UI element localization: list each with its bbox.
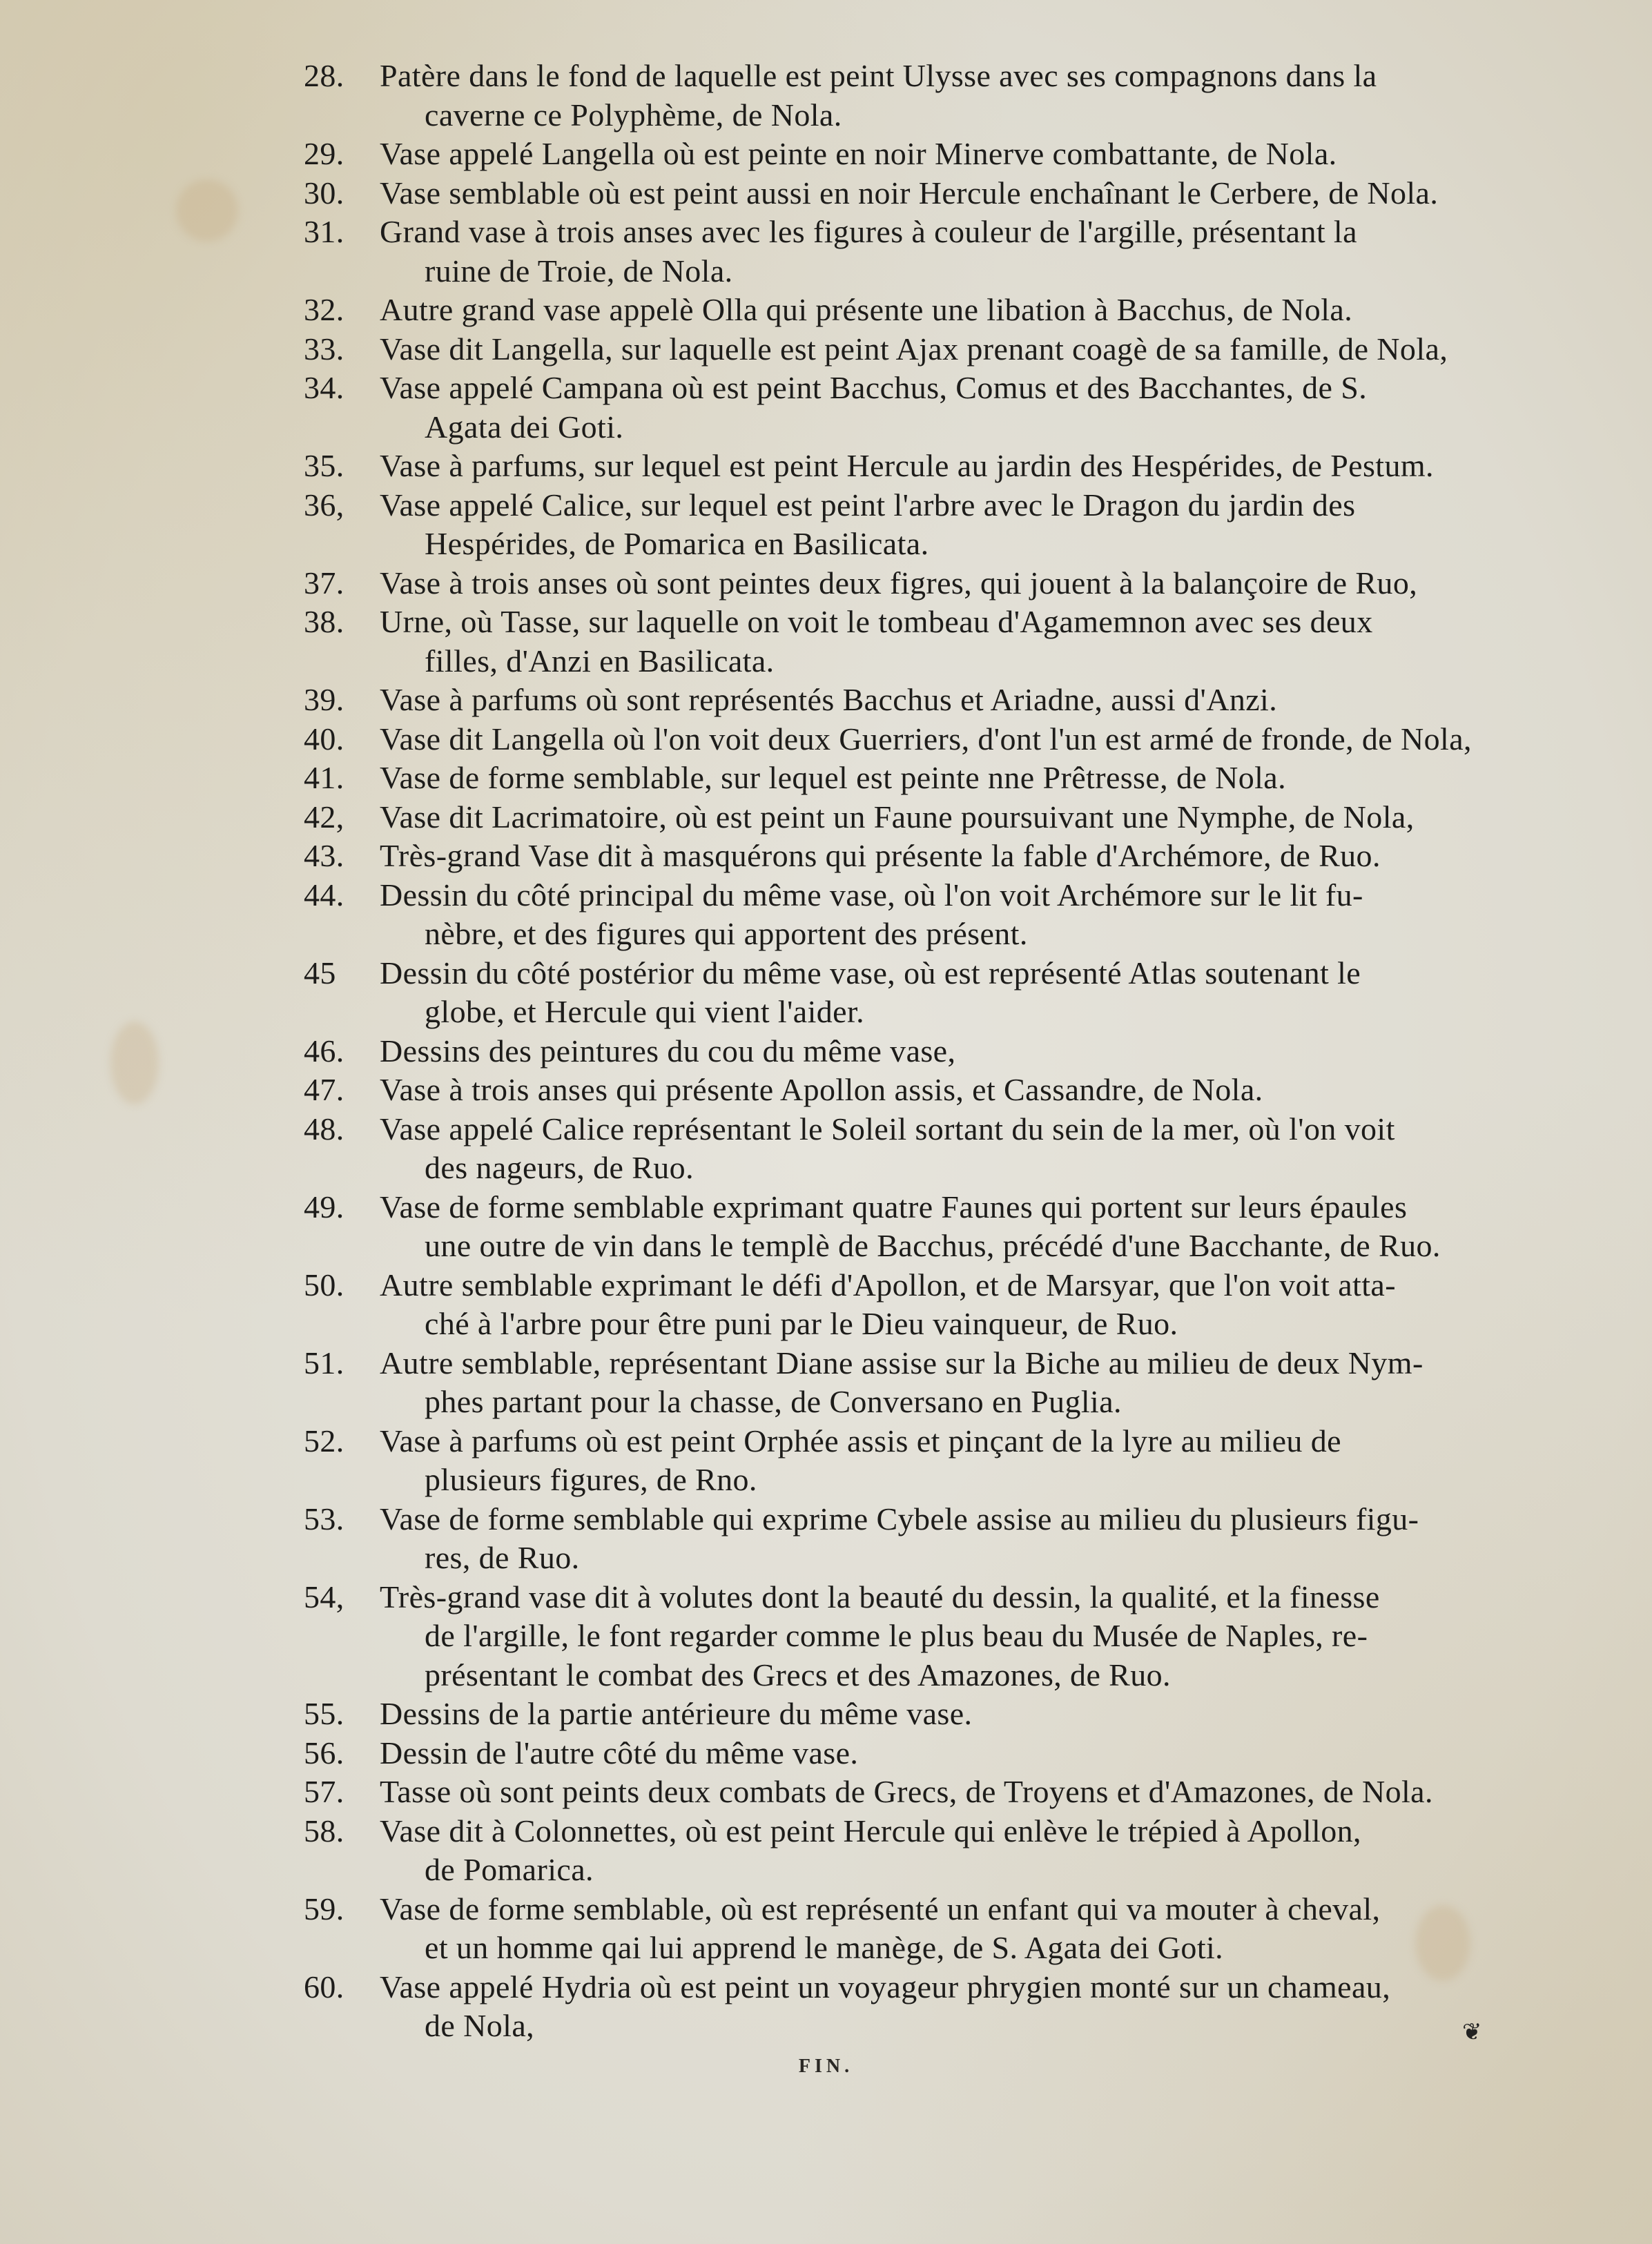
end-mark: FIN. [0, 2056, 1652, 2078]
list-item: 55. Dessins de la partie antérieure du m… [304, 1695, 1595, 1734]
list-item: 43. Très-grand Vase dit à masquérons qui… [304, 837, 1595, 876]
item-number: 30. [304, 174, 373, 213]
item-text: Tasse où sont peints deux combats de Gre… [380, 1773, 1595, 1812]
item-continuation: de l'argille, le font regarder comme le … [380, 1617, 1595, 1656]
item-continuation: Agata dei Goti. [380, 408, 1595, 447]
item-number: 39. [304, 681, 373, 720]
item-text: Vase de forme semblable exprimant quatre… [380, 1188, 1595, 1227]
item-text: Vase de forme semblable, où est représen… [380, 1890, 1595, 1929]
item-number: 53. [304, 1500, 373, 1539]
item-number: 41. [304, 759, 373, 798]
item-number: 31. [304, 213, 373, 252]
item-number: 51. [304, 1344, 373, 1383]
item-number: 52. [304, 1422, 373, 1461]
list-item: 49. Vase de forme semblable exprimant qu… [304, 1188, 1595, 1266]
list-item: 47. Vase à trois anses qui présente Apol… [304, 1071, 1595, 1110]
item-text: Vase appelé Calice représentant le Solei… [380, 1110, 1595, 1149]
item-text: Très-grand Vase dit à masquérons qui pré… [380, 837, 1595, 876]
item-continuation: ruine de Troie, de Nola. [380, 252, 1595, 291]
item-number: 40. [304, 720, 373, 759]
item-text: Urne, où Tasse, sur laquelle on voit le … [380, 603, 1595, 642]
item-number: 45 [304, 954, 373, 993]
list-item: 51. Autre semblable, représentant Diane … [304, 1344, 1595, 1422]
item-continuation: plusieurs figures, de Rno. [380, 1461, 1595, 1500]
item-text: Vase à parfums où est peint Orphée assis… [380, 1422, 1595, 1461]
item-number: 34. [304, 369, 373, 408]
item-continuation: de Nola, [380, 2007, 1595, 2046]
item-number: 29. [304, 135, 373, 174]
item-continuation: caverne ce Polyphème, de Nola. [380, 96, 1595, 135]
item-text: Autre semblable exprimant le défi d'Apol… [380, 1266, 1595, 1305]
item-number: 37. [304, 564, 373, 603]
item-number: 54, [304, 1578, 373, 1617]
item-text: Vase dit Lacrimatoire, où est peint un F… [380, 798, 1595, 837]
item-text: Dessins des peintures du cou du même vas… [380, 1032, 1595, 1071]
list-item: 35. Vase à parfums, sur lequel est peint… [304, 447, 1595, 486]
list-item: 38. Urne, où Tasse, sur laquelle on voit… [304, 603, 1595, 681]
item-number: 59. [304, 1890, 373, 1929]
document-page: 28. Patère dans le fond de laquelle est … [0, 0, 1652, 2244]
item-text: Autre semblable, représentant Diane assi… [380, 1344, 1595, 1383]
list-item: 30. Vase semblable où est peint aussi en… [304, 174, 1595, 213]
item-text: Vase à parfums où sont représentés Bacch… [380, 681, 1595, 720]
list-item: 46. Dessins des peintures du cou du même… [304, 1032, 1595, 1071]
item-continuation: des nageurs, de Ruo. [380, 1149, 1595, 1188]
list-item: 59. Vase de forme semblable, où est repr… [304, 1890, 1595, 1968]
item-number: 33. [304, 330, 373, 369]
list-item: 44. Dessin du côté principal du même vas… [304, 876, 1595, 954]
list-item: 48. Vase appelé Calice représentant le S… [304, 1110, 1595, 1188]
list-item: 31. Grand vase à trois anses avec les fi… [304, 213, 1595, 291]
list-item: 52. Vase à parfums où est peint Orphée a… [304, 1422, 1595, 1500]
item-text: Vase appelé Calice, sur lequel est peint… [380, 486, 1595, 525]
item-continuation: ché à l'arbre pour être puni par le Dieu… [380, 1305, 1595, 1344]
item-text: Vase appelé Langella où est peinte en no… [380, 135, 1595, 174]
list-item: 42, Vase dit Lacrimatoire, où est peint … [304, 798, 1595, 837]
item-number: 46. [304, 1032, 373, 1071]
item-number: 60. [304, 1968, 373, 2007]
list-item: 37. Vase à trois anses où sont peintes d… [304, 564, 1595, 603]
item-text: Vase à trois anses où sont peintes deux … [380, 564, 1595, 603]
list-item: 36, Vase appelé Calice, sur lequel est p… [304, 486, 1595, 564]
ink-blot-icon: ❦ [1462, 2022, 1483, 2043]
item-text: Vase à trois anses qui présente Apollon … [380, 1071, 1595, 1110]
item-text: Vase semblable où est peint aussi en noi… [380, 174, 1595, 213]
item-text: Vase de forme semblable qui exprime Cybe… [380, 1500, 1595, 1539]
item-number: 49. [304, 1188, 373, 1227]
list-item: 34. Vase appelé Campana où est peint Bac… [304, 369, 1595, 447]
item-number: 56. [304, 1734, 373, 1773]
item-number: 43. [304, 837, 373, 876]
item-continuation: globe, et Hercule qui vient l'aider. [380, 993, 1595, 1032]
item-text: Dessin du côté principal du même vase, o… [380, 876, 1595, 915]
item-number: 47. [304, 1071, 373, 1110]
list-item: 32. Autre grand vase appelè Olla qui pré… [304, 291, 1595, 330]
item-number: 42, [304, 798, 373, 837]
list-item: 50. Autre semblable exprimant le défi d'… [304, 1266, 1595, 1344]
list-item: 39. Vase à parfums où sont représentés B… [304, 681, 1595, 720]
item-continuation: une outre de vin dans le templè de Bacch… [380, 1227, 1595, 1266]
item-number: 58. [304, 1812, 373, 1851]
item-number: 32. [304, 291, 373, 330]
item-number: 35. [304, 447, 373, 486]
list-item: 33. Vase dit Langella, sur laquelle est … [304, 330, 1595, 369]
list-item: 57. Tasse où sont peints deux combats de… [304, 1773, 1595, 1812]
list-item: 29. Vase appelé Langella où est peinte e… [304, 135, 1595, 174]
item-continuation: res, de Ruo. [380, 1539, 1595, 1578]
item-text: Vase dit à Colonnettes, où est peint Her… [380, 1812, 1595, 1851]
item-number: 48. [304, 1110, 373, 1149]
item-text: Très-grand vase dit à volutes dont la be… [380, 1578, 1595, 1617]
item-continuation: de Pomarica. [380, 1851, 1595, 1890]
list-item: 54, Très-grand vase dit à volutes dont l… [304, 1578, 1595, 1695]
list-item: 56. Dessin de l'autre côté du même vase. [304, 1734, 1595, 1773]
item-number: 55. [304, 1695, 373, 1734]
item-continuation: filles, d'Anzi en Basilicata. [380, 642, 1595, 681]
item-text: Vase dit Langella, sur laquelle est pein… [380, 330, 1595, 369]
item-text: Autre grand vase appelè Olla qui présent… [380, 291, 1595, 330]
list-item: 58. Vase dit à Colonnettes, où est peint… [304, 1812, 1595, 1890]
item-continuation: Hespérides, de Pomarica en Basilicata. [380, 525, 1595, 564]
item-number: 57. [304, 1773, 373, 1812]
item-number: 36, [304, 486, 373, 525]
item-text: Patère dans le fond de laquelle est pein… [380, 57, 1595, 96]
item-text: Dessin de l'autre côté du même vase. [380, 1734, 1595, 1773]
item-text: Dessins de la partie antérieure du même … [380, 1695, 1595, 1734]
item-number: 28. [304, 57, 373, 96]
list-item: 60. Vase appelé Hydria où est peint un v… [304, 1968, 1595, 2046]
item-text: Vase appelé Campana où est peint Bacchus… [380, 369, 1595, 408]
item-continuation: nèbre, et des figures qui apportent des … [380, 915, 1595, 954]
item-text: Vase de forme semblable, sur lequel est … [380, 759, 1595, 798]
item-text: Grand vase à trois anses avec les figure… [380, 213, 1595, 252]
item-continuation: et un homme qai lui apprend le manège, d… [380, 1929, 1595, 1968]
catalogue-list: 28. Patère dans le fond de laquelle est … [304, 57, 1595, 2046]
paper-stain [176, 179, 238, 242]
item-text: Vase à parfums, sur lequel est peint Her… [380, 447, 1595, 486]
item-number: 38. [304, 603, 373, 642]
list-item: 40. Vase dit Langella où l'on voit deux … [304, 720, 1595, 759]
list-item: 45 Dessin du côté postérior du même vase… [304, 954, 1595, 1032]
list-item: 28. Patère dans le fond de laquelle est … [304, 57, 1595, 135]
item-text: Vase appelé Hydria où est peint un voyag… [380, 1968, 1595, 2007]
item-continuation: phes partant pour la chasse, de Conversa… [380, 1383, 1595, 1422]
list-item: 53. Vase de forme semblable qui exprime … [304, 1500, 1595, 1578]
item-number: 50. [304, 1266, 373, 1305]
item-number: 44. [304, 876, 373, 915]
list-item: 41. Vase de forme semblable, sur lequel … [304, 759, 1595, 798]
item-text: Vase dit Langella où l'on voit deux Guer… [380, 720, 1595, 759]
item-continuation: présentant le combat des Grecs et des Am… [380, 1656, 1595, 1695]
paper-stain [110, 1022, 159, 1104]
item-text: Dessin du côté postérior du même vase, o… [380, 954, 1595, 993]
